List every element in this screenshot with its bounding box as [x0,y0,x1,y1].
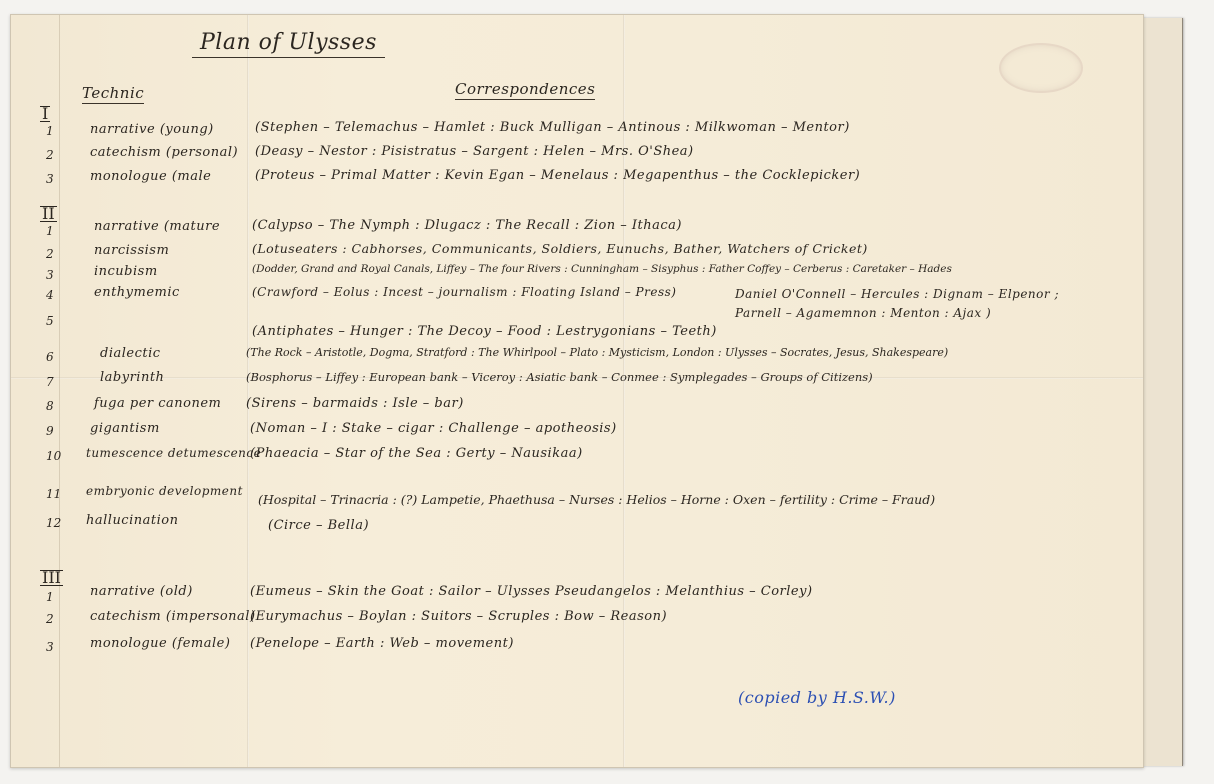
part-numeral: III [40,570,63,586]
part-numeral: II [40,206,57,222]
technic-text: catechism (personal) [90,145,238,160]
correspondence-text: (Dodder, Grand and Royal Canals, Liffey … [252,263,952,275]
correspondence-text: (Eurymachus – Boylan : Suitors – Scruple… [250,609,667,624]
technic-text: embryonic development [86,484,243,498]
correspondences-header: Correspondences [455,80,595,100]
technic-text: fuga per canonem [94,396,221,411]
technic-text: narcissism [94,243,169,258]
episode-number: 7 [46,375,54,389]
episode-number: 8 [46,399,54,413]
correspondence-text: (Deasy – Nestor : Pisistratus – Sargent … [255,144,694,159]
technic-text: dialectic [100,346,161,361]
correspondence-text: (Penelope – Earth : Web – movement) [250,636,514,651]
episode-number: 9 [46,424,54,438]
episode-number: 2 [46,612,54,626]
correspondence-text: (Phaeacia – Star of the Sea : Gerty – Na… [250,446,583,461]
episode-number: 3 [46,640,54,654]
technic-text: tumescence detumescence [86,446,261,460]
correspondence-text: (Sirens – barmaids : Isle – bar) [246,396,464,411]
episode-number: 2 [46,247,54,261]
technic-text: labyrinth [100,370,164,385]
episode-number: 4 [46,288,54,302]
embossed-seal-icon [999,43,1083,93]
correspondence-text: (Lotuseaters : Cabhorses, Communicants, … [252,241,868,256]
correspondence-text: (Noman – I : Stake – cigar : Challenge –… [250,421,617,436]
correspondence-text: (Crawford – Eolus : Incest – journalism … [252,285,676,299]
correspondence-text: (Calypso – The Nymph : Dlugacz : The Rec… [252,218,682,233]
episode-number: 2 [46,148,54,162]
episode-number: 6 [46,350,54,364]
technic-text: hallucination [86,513,178,528]
episode-number: 1 [46,590,54,604]
episode-number: 1 [46,224,54,238]
technic-text: incubism [94,264,158,279]
correspondence-continuation: Daniel O'Connell – Hercules : Dignam – E… [735,287,1059,301]
correspondence-text: (Circe – Bella) [268,518,369,533]
correspondence-text: (Stephen – Telemachus – Hamlet : Buck Mu… [255,120,850,135]
left-margin-line [59,15,60,767]
part-numeral: I [40,106,50,122]
technic-text: narrative (mature [94,219,220,234]
technic-text: enthymemic [94,285,180,300]
page-title: Plan of Ulysses [192,30,385,58]
episode-number: 11 [46,487,61,501]
episode-number: 5 [46,314,54,328]
correspondence-text: (The Rock – Aristotle, Dogma, Stratford … [246,346,948,359]
correspondence-text: (Antiphates – Hunger : The Decoy – Food … [252,324,717,339]
technic-header: Technic [82,84,144,104]
technic-text: narrative (old) [90,584,193,599]
correspondence-text: (Eumeus – Skin the Goat : Sailor – Ulyss… [250,584,813,599]
technic-text: gigantism [90,421,160,436]
technic-text: narrative (young) [90,122,214,137]
episode-number: 1 [46,124,54,138]
episode-number: 3 [46,268,54,282]
episode-number: 3 [46,172,54,186]
technic-text: monologue (female) [90,636,230,651]
copied-by-annotation: (copied by H.S.W.) [738,688,896,707]
correspondence-text: (Bosphorus – Liffey : European bank – Vi… [246,370,873,384]
vertical-crease [247,15,249,767]
correspondence-text: (Hospital – Trinacria : (?) Lampetie, Ph… [258,492,935,507]
technic-text: monologue (male [90,169,211,184]
correspondence-text: (Proteus – Primal Matter : Kevin Egan – … [255,168,860,183]
correspondence-continuation: Parnell – Agamemnon : Menton : Ajax ) [735,306,991,320]
episode-number: 12 [46,516,61,530]
technic-text: catechism (impersonal) [90,609,256,624]
episode-number: 10 [46,449,61,463]
